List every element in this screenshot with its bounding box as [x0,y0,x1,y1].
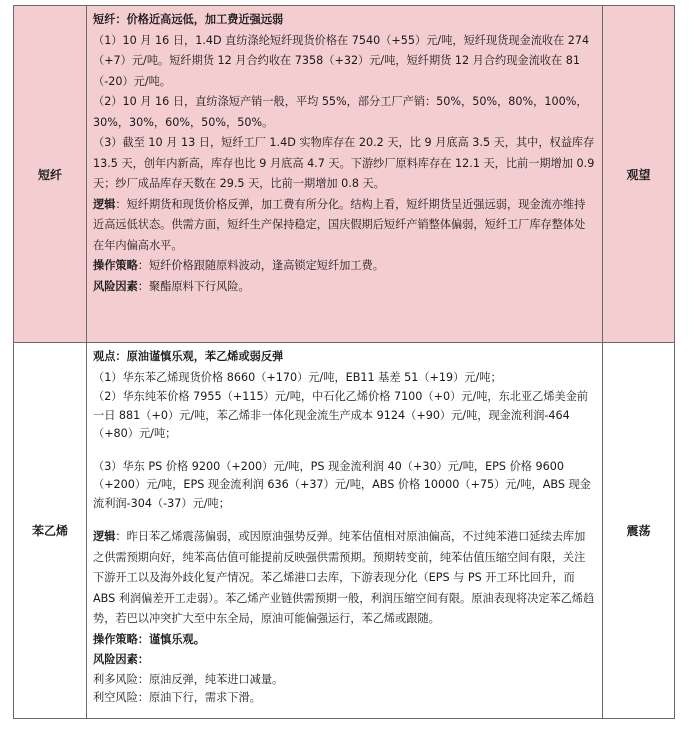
logic-paragraph: 逻辑：昨日苯乙烯震荡偏弱，或因原油强势反弹。纯苯估值相对原油偏高，不过纯苯港口延… [93,527,596,630]
spacer [93,444,596,458]
risk-paragraph: 风险因素：聚酯原料下行风险。 [93,277,596,298]
logic-label: 逻辑 [93,198,115,211]
point-3: （3）华东 PS 价格 9200（+200）元/吨，PS 现金流利润 40（+3… [93,458,596,514]
point-1: （1）华东苯乙烯现货价格 8660（+170）元/吨，EB11 基差 51（+1… [93,368,596,389]
product-name-cell: 苯乙烯 [14,343,87,719]
point-3: （3）截至 10 月 13 日，短纤工厂 1.4D 实物库存在 20.2 天，比… [93,133,596,195]
logic-text: ：短纤期货和现货价格反弹，加工费有所分化。结构上看，短纤期货呈近强远弱，现金流亦… [93,198,585,252]
point-2: （2）华东纯苯价格 7955（+115）元/吨，中石化乙烯价格 7100（+0）… [93,388,596,444]
downside-risk: 利空风险：原油下行，需求下滑。 [93,689,596,708]
headline: 短纤：价格近高远低，加工费近强远弱 [93,10,596,31]
point-2: （2）10 月 16 日，直纺涤短产销一般，平均 55%，部分工厂产销：50%，… [93,92,596,133]
strategy-text: ：短纤价格跟随原料波动，逢高锁定短纤加工费。 [138,259,384,272]
analysis-cell: 短纤：价格近高远低，加工费近强远弱 （1）10 月 16 日，1.4D 直纺涤纶… [87,6,603,343]
table-row-styrene: 苯乙烯 观点：原油谨慎乐观，苯乙烯或弱反弹 （1）华东苯乙烯现货价格 8660（… [14,343,675,719]
logic-paragraph: 逻辑：短纤期货和现货价格反弹，加工费有所分化。结构上看，短纤期货呈近强远弱，现金… [93,195,596,257]
commodity-analysis-table: 短纤 短纤：价格近高远低，加工费近强远弱 （1）10 月 16 日，1.4D 直… [13,5,675,719]
upside-risk: 利多风险：原油反弹，纯苯进口减量。 [93,671,596,690]
logic-label: 逻辑 [93,530,115,543]
point-1: （1）10 月 16 日，1.4D 直纺涤纶短纤现货价格在 7540（+55）元… [93,31,596,93]
headline: 观点：原油谨慎乐观，苯乙烯或弱反弹 [93,347,596,368]
risk-text: ：聚酯原料下行风险。 [138,280,250,293]
strategy-paragraph: 操作策略：谨慎乐观。 [93,630,596,651]
view-cell: 观望 [603,6,675,343]
risk-label: 风险因素 [93,280,138,293]
risk-heading: 风险因素： [93,650,596,671]
spacer [93,513,596,527]
product-name-cell: 短纤 [14,6,87,343]
logic-text: ：昨日苯乙烯震荡偏弱，或因原油强势反弹。纯苯估值相对原油偏高，不过纯苯港口延续去… [93,530,594,625]
view-cell: 震荡 [603,343,675,719]
strategy-paragraph: 操作策略：短纤价格跟随原料波动，逢高锁定短纤加工费。 [93,256,596,277]
strategy-label: 操作策略 [93,259,138,272]
table-row-staple-fiber: 短纤 短纤：价格近高远低，加工费近强远弱 （1）10 月 16 日，1.4D 直… [14,6,675,343]
analysis-cell: 观点：原油谨慎乐观，苯乙烯或弱反弹 （1）华东苯乙烯现货价格 8660（+170… [87,343,603,719]
